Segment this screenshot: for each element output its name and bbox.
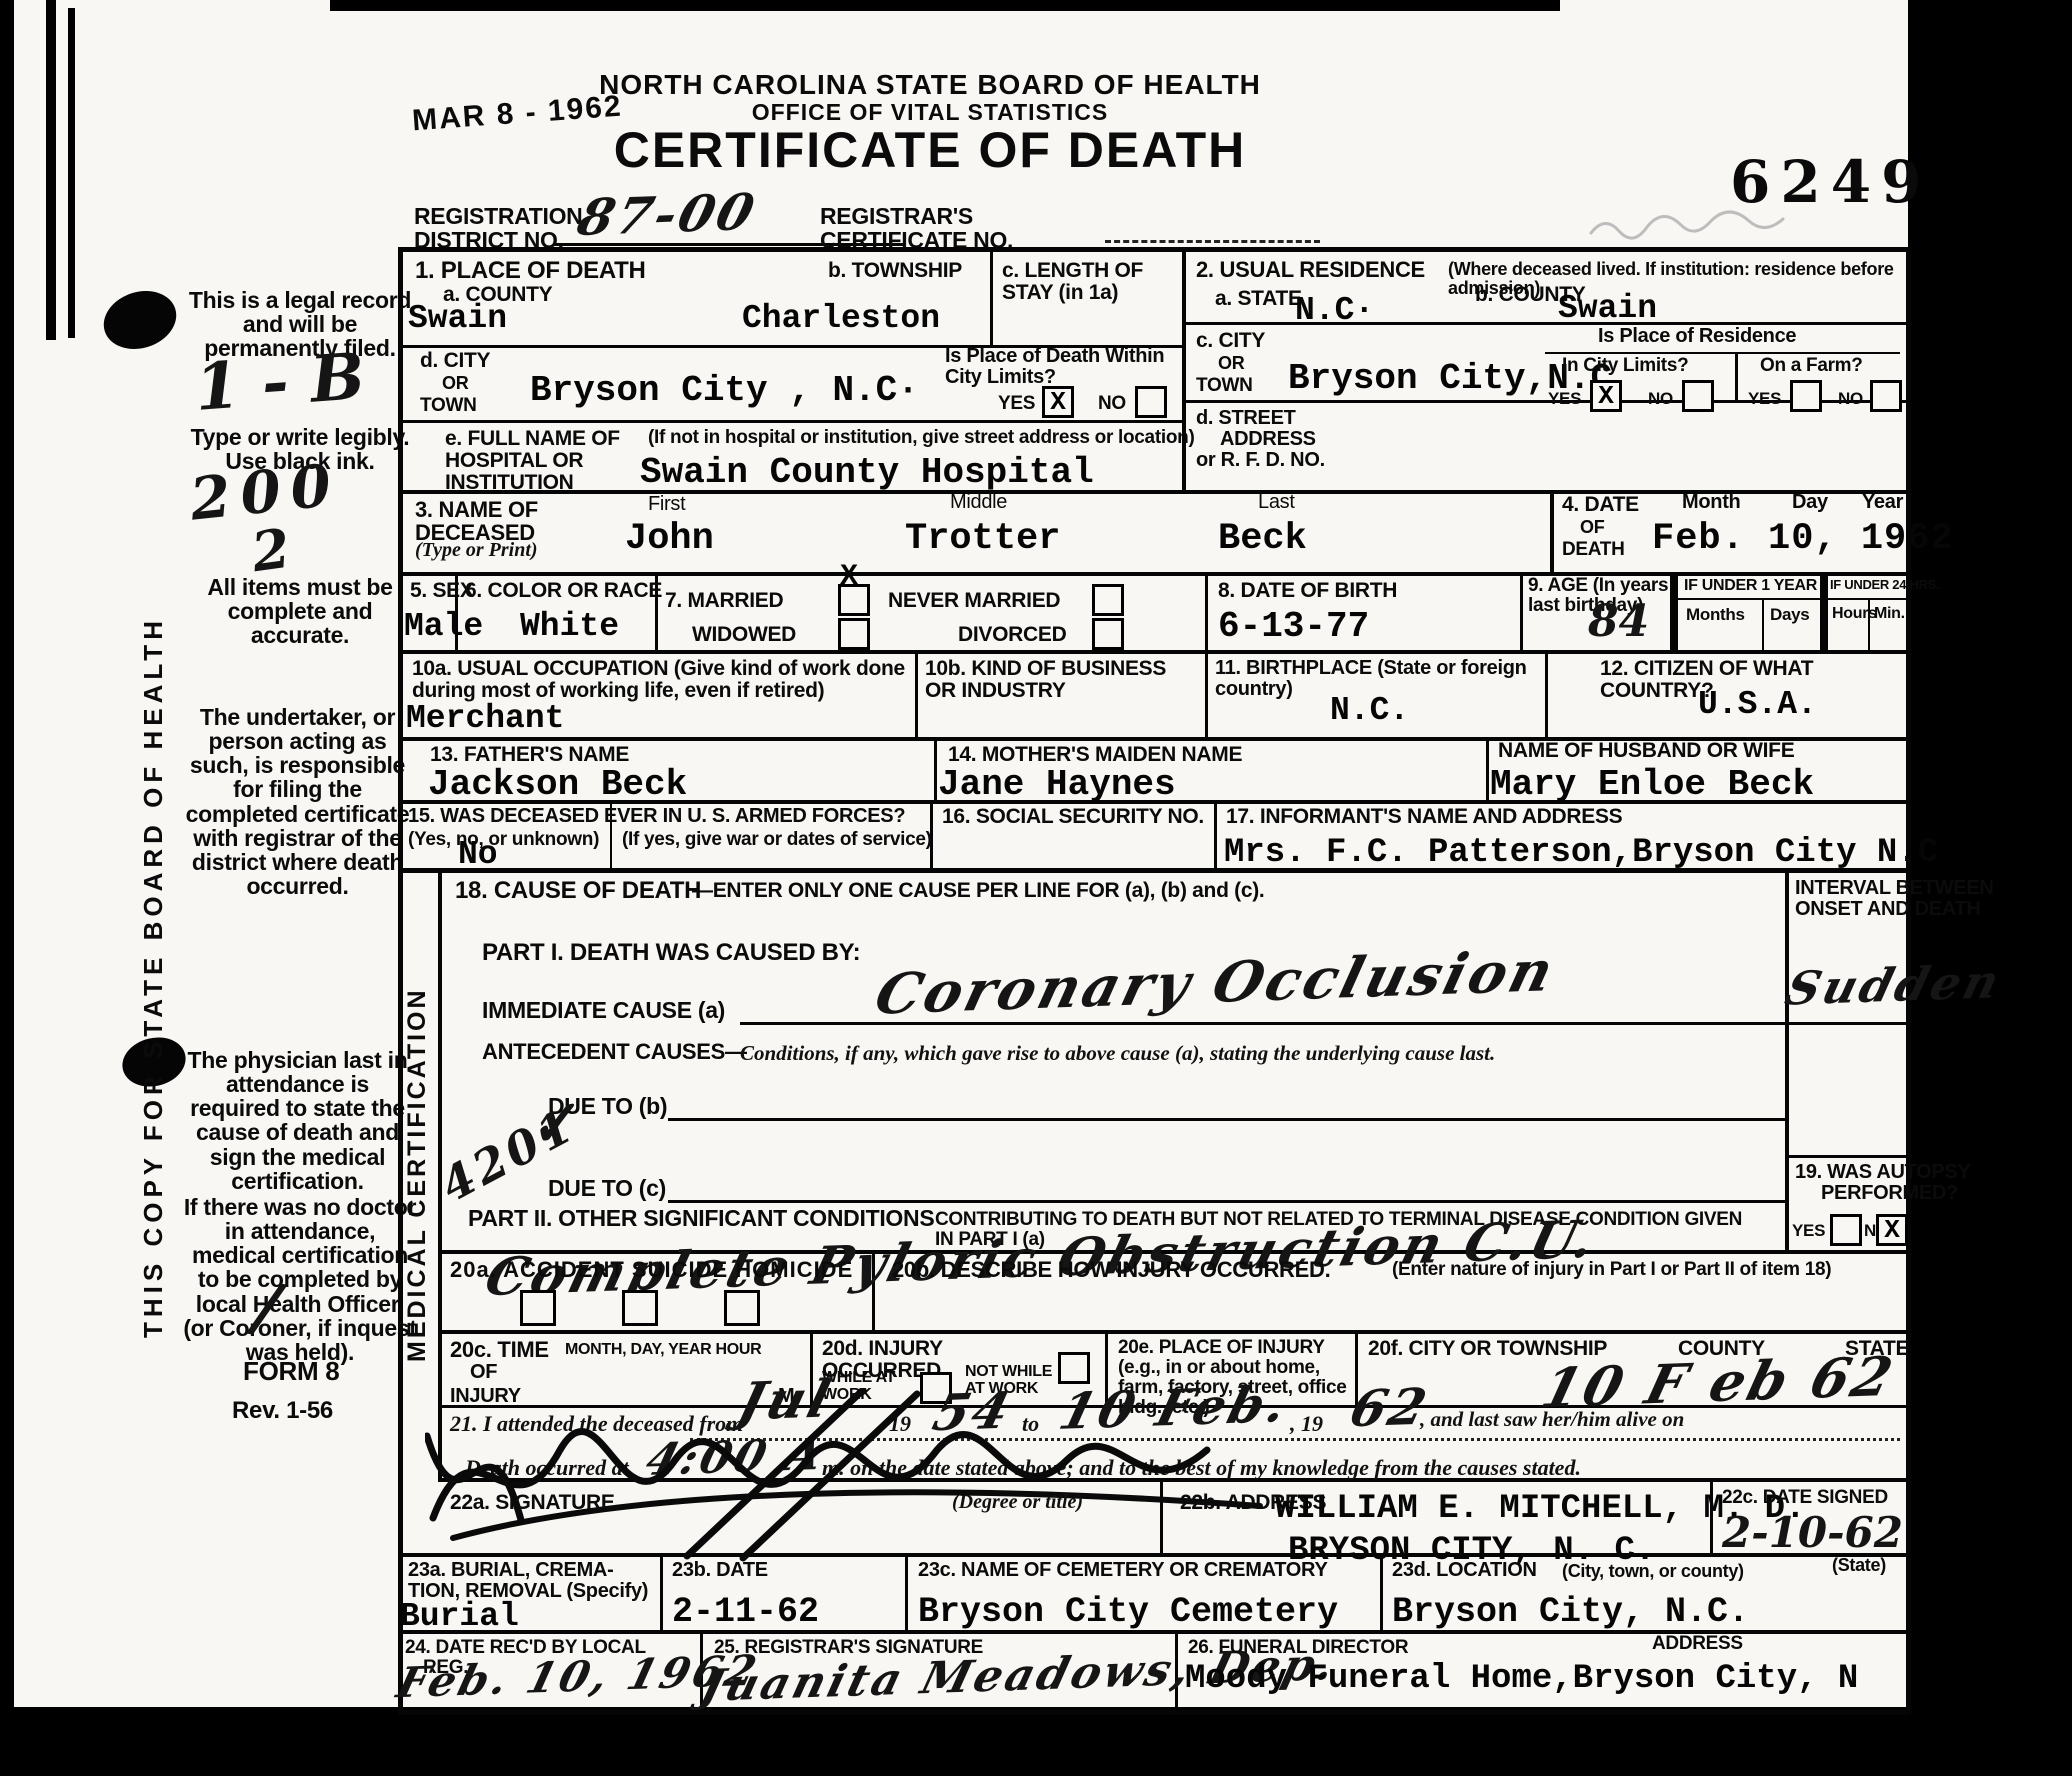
deceased-name-label: 3. NAME OF DECEASED <box>415 498 538 544</box>
father-name-value: Jackson Beck <box>428 764 687 805</box>
last-name-value: Beck <box>1218 518 1307 560</box>
page-title: CERTIFICATE OF DEATH <box>470 124 1390 177</box>
hospital-hint: (If not in hospital or institution, give… <box>648 428 1194 448</box>
on-a-farm-label: On a Farm? <box>1760 356 1863 376</box>
divider <box>1545 650 1548 737</box>
divider <box>1205 650 1208 737</box>
burial-date-value: 2-11-62 <box>672 1592 819 1632</box>
suicide-checkbox <box>622 1290 658 1326</box>
divider <box>1735 352 1738 400</box>
describe-injury-label: 20b. DESCRIBE HOW INJURY OCCURRED. <box>892 1258 1330 1281</box>
registration-district-value: 87-00 <box>572 182 763 247</box>
street-address-label-line2: ADDRESS <box>1220 428 1316 450</box>
city-limits-yes-label: YES <box>998 394 1035 414</box>
describe-injury-hint: (Enter nature of injury in Part I or Par… <box>1392 1260 1831 1280</box>
copy-designation-vertical: THIS COPY FOR STATE BOARD OF HEALTH <box>140 598 167 1338</box>
divider <box>1762 598 1764 650</box>
incity-no-checkbox <box>1682 380 1714 412</box>
attended-postfix: , and last saw her/him alive on <box>1420 1408 1684 1430</box>
date-of-death-label-line3: DEATH <box>1562 539 1625 560</box>
physician-signature <box>425 1388 1285 1563</box>
year-label: Year <box>1862 492 1903 513</box>
street-address-label: d. STREET ADDRESS or R. F. D. NO. <box>1196 408 1325 471</box>
mother-name-value: Jane Haynes <box>938 764 1176 805</box>
in-city-limits-label: In City Limits? <box>1562 356 1688 376</box>
divider <box>398 650 1906 654</box>
residence-city-label-line2: OR <box>1218 353 1244 373</box>
autopsy-label-line1: 19. WAS AUTOPSY <box>1795 1161 1971 1183</box>
city-limits-no-label: NO <box>1098 394 1126 414</box>
place-of-death-title: 1. PLACE OF DEATH <box>415 258 645 283</box>
date-of-birth-value: 6-13-77 <box>1218 606 1369 647</box>
hospital-label-line2: HOSPITAL OR <box>445 449 583 472</box>
divider <box>1550 490 1554 572</box>
date-of-death-label: 4. DATE OF DEATH <box>1562 494 1639 560</box>
location-label: 23d. LOCATION <box>1392 1560 1537 1581</box>
city-limits-question: Is Place of Death Within City Limits? <box>945 346 1180 388</box>
margin-note-physician: The physician last in attendance is requ… <box>180 1048 415 1193</box>
burial-date-label: 23b. DATE <box>672 1560 768 1581</box>
autopsy-no-checkbox: X <box>1876 1214 1908 1246</box>
autopsy-yes-checkbox <box>1830 1214 1862 1246</box>
length-of-stay-label: c. LENGTH OF STAY (in 1a) <box>1002 260 1172 304</box>
ssn-label: 16. SOCIAL SECURITY NO. <box>942 806 1212 828</box>
form-revision: Rev. 1-56 <box>232 1398 333 1423</box>
hospital-label: e. FULL NAME OF HOSPITAL OR INSTITUTION <box>445 428 620 494</box>
divider <box>668 1118 1785 1121</box>
scan-streak-1 <box>46 0 56 340</box>
scan-edge-left <box>0 0 14 1776</box>
form-number: FORM 8 <box>243 1358 339 1385</box>
divider <box>1105 240 1320 243</box>
farm-yes-label: YES <box>1748 390 1781 408</box>
farm-yes-checkbox <box>1790 380 1822 412</box>
time-of-injury-label: 20c. TIME <box>450 1338 549 1361</box>
city-value: Bryson City , N.C· <box>530 370 919 411</box>
city-label-d1: d. CITY <box>420 349 490 372</box>
under-1-year-label: IF UNDER 1 YEAR <box>1684 578 1817 595</box>
informant-label: 17. INFORMANT'S NAME AND ADDRESS <box>1226 806 1622 828</box>
margin-handwriting-1b: 1 - B <box>193 339 368 426</box>
township-value: Charleston <box>742 300 940 337</box>
margin-note-undertaker: The undertaker, or person acting as such… <box>180 705 415 898</box>
not-while-at-work-checkbox <box>1058 1352 1090 1384</box>
type-or-print-hint: (Type or Print) <box>415 540 538 561</box>
time-of-injury-of: OF <box>470 1362 497 1383</box>
pencil-note <box>1585 205 1795 247</box>
sex-value: Male <box>404 608 483 645</box>
death-certificate-scan: MAR 8 - 1962 NORTH CAROLINA STATE BOARD … <box>0 0 2072 1776</box>
months-label: Months <box>1686 606 1745 624</box>
signature-label: 22a. SIGNATURE <box>450 1492 615 1514</box>
first-name-label: First <box>648 494 685 515</box>
location-value: Bryson City, N.C. <box>1392 1592 1749 1632</box>
father-name-label: 13. FATHER'S NAME <box>430 744 629 766</box>
homicide-checkbox <box>724 1290 760 1326</box>
burial-label: 23a. BURIAL, CREMA- TION, REMOVAL (Speci… <box>408 1560 648 1602</box>
divider <box>905 1553 908 1630</box>
funeral-director-label: 26. FUNERAL DIRECTOR <box>1188 1638 1408 1658</box>
attended-19b: , 19 <box>1290 1412 1323 1435</box>
occupation-value: Merchant <box>406 700 564 737</box>
registration-district-label-line1: REGISTRATION <box>414 203 582 229</box>
divider <box>1520 572 1523 650</box>
days-label: Days <box>1770 606 1809 624</box>
month-label: Month <box>1682 492 1740 513</box>
margin-note-complete: All items must be complete and accurate. <box>185 575 415 647</box>
residence-county-value: Swain <box>1558 290 1657 327</box>
spouse-name-value: Mary Enloe Beck <box>1490 764 1814 805</box>
interval-label-line2: ONSET AND DEATH <box>1795 898 1981 920</box>
check-mark: ✓ <box>524 1087 582 1161</box>
funeral-director-value: Moody Funeral Home,Bryson City, N <box>1185 1660 1858 1698</box>
scan-edge-bottom <box>0 1707 2072 1776</box>
divider <box>1785 868 1789 1253</box>
scan-streak-2 <box>68 8 75 338</box>
divider <box>934 737 937 800</box>
divorced-checkbox <box>1092 618 1124 650</box>
date-signed-value: 2-10-62 <box>1722 1508 1903 1557</box>
hospital-label-line3: INSTITUTION <box>445 471 574 494</box>
residence-state-label: a. STATE <box>1215 288 1302 310</box>
cause-of-death-title: 18. CAUSE OF DEATH <box>455 878 701 903</box>
age-value: 84 <box>1588 596 1649 647</box>
residence-city-label-line3: TOWN <box>1196 375 1253 396</box>
divider <box>1486 737 1489 800</box>
divider <box>1820 572 1828 650</box>
birthplace-value: N.C. <box>1330 692 1409 729</box>
divider <box>1182 322 1906 325</box>
residence-city-label-line1: c. CITY <box>1196 329 1265 352</box>
divider <box>1785 1155 1906 1158</box>
cemetery-label: 23c. NAME OF CEMETERY OR CREMATORY <box>918 1560 1328 1581</box>
incity-yes-label: YES <box>1548 390 1581 408</box>
mother-name-label: 14. MOTHER'S MAIDEN NAME <box>948 744 1242 766</box>
date-of-death-value: Feb. 10, 1962 <box>1652 518 1954 560</box>
divorced-label: DIVORCED <box>958 624 1066 646</box>
armed-forces-hint1: (Yes, no, or unknown) <box>408 830 599 850</box>
funeral-director-address-label: ADDRESS <box>1652 1634 1743 1654</box>
hospital-label-line1: e. FULL NAME OF <box>445 427 620 450</box>
date-signed-label: 22c. DATE SIGNED <box>1722 1488 1888 1508</box>
place-of-residence-heading: Is Place of Residence <box>1598 326 1796 347</box>
married-label: 7. MARRIED <box>665 590 783 612</box>
divider <box>1205 572 1208 650</box>
armed-forces-value: No <box>458 836 498 873</box>
last-name-label: Last <box>1258 492 1295 513</box>
never-married-label: NEVER MARRIED <box>888 590 1060 612</box>
incity-no-label: NO <box>1648 390 1673 408</box>
occupation-label: 10a. USUAL OCCUPATION (Give kind of work… <box>412 658 907 702</box>
divider <box>1545 352 1900 354</box>
city-label-d2: OR <box>442 373 468 393</box>
burial-label-line1: 23a. BURIAL, CREMA- <box>408 1559 613 1581</box>
widowed-checkbox <box>838 618 870 650</box>
antecedent-label: ANTECEDENT CAUSES— <box>482 1040 747 1063</box>
first-name-value: John <box>625 518 714 560</box>
degree-or-title-hint: (Degree or title) <box>952 1492 1083 1513</box>
interval-value: Sudden <box>1780 954 2007 1015</box>
location-state-hint: (State) <box>1832 1556 1886 1575</box>
spouse-name-label: NAME OF HUSBAND OR WIFE <box>1498 740 1794 762</box>
margin-note-nodoctor: If there was no doctor in attendance, me… <box>180 1195 420 1364</box>
accident-suicide-homicide-label: 20a. ACCIDENT SUICIDE HOMICIDE <box>450 1258 853 1281</box>
township-label: b. TOWNSHIP <box>828 260 962 282</box>
date-of-death-label-line1: 4. DATE <box>1562 493 1639 516</box>
autopsy-label-line2: PERFORMED? <box>1821 1182 1958 1204</box>
married-x-mark: X <box>840 560 858 594</box>
cause-of-death-subtitle: —ENTER ONLY ONE CAUSE PER LINE FOR (a), … <box>692 880 1264 902</box>
widowed-label: WIDOWED <box>692 624 796 646</box>
day-label: Day <box>1792 492 1828 513</box>
interval-label-line1: INTERVAL BETWEEN <box>1795 877 1994 899</box>
middle-name-label: Middle <box>950 492 1007 513</box>
race-label: 6. COLOR OR RACE <box>465 580 662 602</box>
date-of-death-label-line2: OF <box>1580 517 1604 537</box>
business-label: 10b. KIND OF BUSINESS OR INDUSTRY <box>925 658 1200 702</box>
medical-certification-strip: MEDICAL CERTIFICATION <box>404 880 430 1470</box>
under-24-hrs-label: IF UNDER 24 HRS. <box>1830 578 1939 592</box>
middle-name-value: Trotter <box>905 518 1060 560</box>
armed-forces-label: 15. WAS DECEASED EVER IN U. S. ARMED FOR… <box>408 806 928 827</box>
incity-yes-checkbox: X <box>1590 380 1622 412</box>
informant-value: Mrs. F.C. Patterson,Bryson City N.C <box>1224 834 1938 872</box>
hospital-value: Swain County Hospital <box>640 452 1094 493</box>
residence-title: 2. USUAL RESIDENCE <box>1196 258 1425 281</box>
farm-no-checkbox <box>1870 380 1902 412</box>
divider <box>398 420 1182 423</box>
residence-state-value: N.C· <box>1295 292 1374 329</box>
autopsy-label: 19. WAS AUTOPSY PERFORMED? <box>1795 1162 1971 1204</box>
accident-checkbox <box>520 1290 556 1326</box>
divider <box>1214 800 1217 868</box>
time-of-injury-sub: MONTH, DAY, YEAR HOUR <box>565 1342 761 1359</box>
citizen-value: U.S.A. <box>1698 686 1817 723</box>
registrars-certificate-label: REGISTRAR'S CERTIFICATE NO. <box>820 204 1013 252</box>
part1-label: PART I. DEATH WAS CAUSED BY: <box>482 940 860 965</box>
street-address-label-line3: or R. F. D. NO. <box>1196 449 1325 471</box>
office-title: OFFICE OF VITAL STATISTICS <box>500 100 1360 124</box>
divider <box>398 490 1906 494</box>
divider <box>990 247 993 345</box>
immediate-cause-label: IMMEDIATE CAUSE (a) <box>482 998 725 1022</box>
city-label-d: d. CITY OR TOWN <box>420 350 490 416</box>
divider <box>1182 247 1186 490</box>
interval-label: INTERVAL BETWEEN ONSET AND DEATH <box>1795 878 1994 920</box>
location-hint: (City, town, or county) <box>1562 1562 1744 1581</box>
divider <box>398 572 1906 576</box>
antecedent-hint: Conditions, if any, which gave rise to a… <box>740 1042 1495 1064</box>
scan-edge-top <box>330 0 1560 11</box>
divider <box>438 1330 1906 1334</box>
part2-label: PART II. OTHER SIGNIFICANT CONDITIONS <box>468 1206 934 1230</box>
due-to-c-label: DUE TO (c) <box>548 1176 666 1200</box>
divider <box>660 1553 663 1630</box>
street-address-label-line1: d. STREET <box>1196 407 1296 429</box>
city-limits-no-checkbox <box>1135 386 1167 418</box>
min-label: Min. <box>1874 606 1905 623</box>
race-value: White <box>520 608 619 645</box>
residence-city-label: c. CITY OR TOWN <box>1196 330 1265 396</box>
deceased-name-label-line1: 3. NAME OF <box>415 497 538 522</box>
hours-label: Hours <box>1832 606 1877 623</box>
city-limits-yes-checkbox: X <box>1042 386 1074 418</box>
registrars-certificate-label-line1: REGISTRAR'S <box>820 203 973 229</box>
county-value: Swain <box>408 300 507 337</box>
burial-value: Burial <box>400 1598 519 1635</box>
never-married-checkbox <box>1092 584 1124 616</box>
cemetery-value: Bryson City Cemetery <box>918 1592 1338 1632</box>
farm-no-label: NO <box>1838 390 1863 408</box>
not-while-line1: NOT WHILE <box>965 1363 1052 1380</box>
divider <box>915 650 918 737</box>
armed-forces-hint2: (If yes, give war or dates of service) <box>622 830 932 850</box>
divider <box>668 1200 1785 1203</box>
divider <box>1670 598 1906 600</box>
board-title: NORTH CAROLINA STATE BOARD OF HEALTH <box>500 70 1360 99</box>
autopsy-yes-label: YES <box>1792 1222 1825 1240</box>
city-label-d3: TOWN <box>420 395 477 416</box>
date-of-birth-label: 8. DATE OF BIRTH <box>1218 580 1397 602</box>
